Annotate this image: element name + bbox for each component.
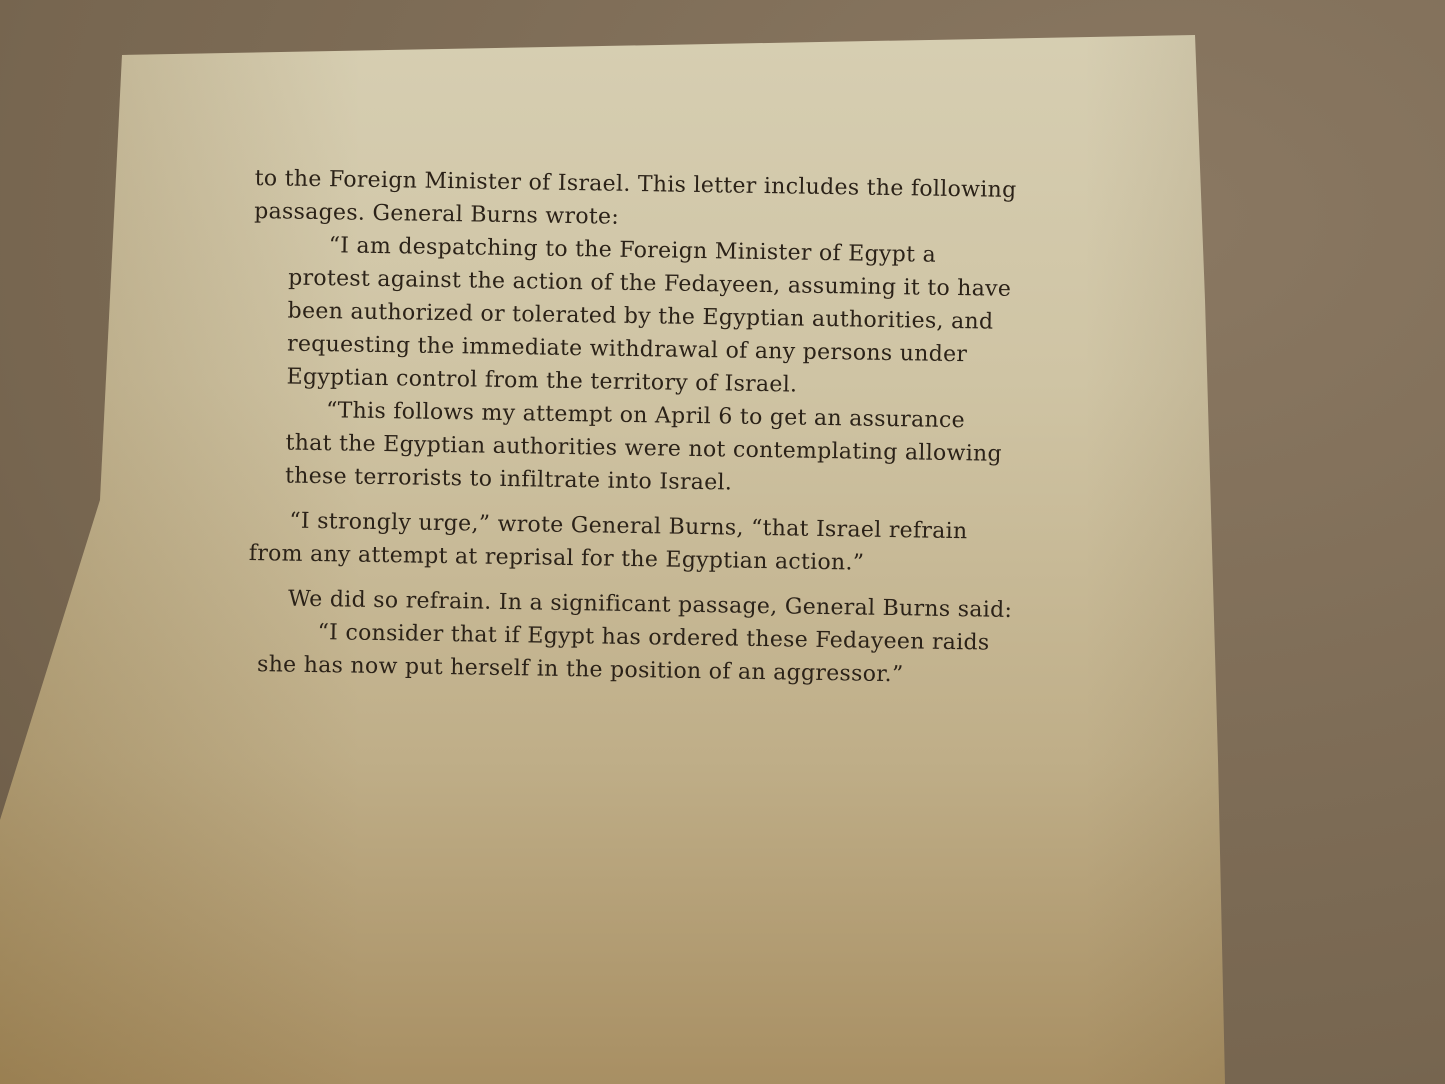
page-text: to the Foreign Minister of Israel. This … bbox=[247, 162, 1115, 694]
paragraph-urge: “I strongly urge,” wrote General Burns, … bbox=[249, 504, 1110, 584]
paragraph-quote-2: “This follows my attempt on April 6 to g… bbox=[250, 393, 1111, 505]
paragraph-quote-3: “I consider that if Egypt has ordered th… bbox=[247, 615, 1108, 695]
paragraph-quote-1: “I am despatching to the Foreign Ministe… bbox=[251, 228, 1113, 406]
